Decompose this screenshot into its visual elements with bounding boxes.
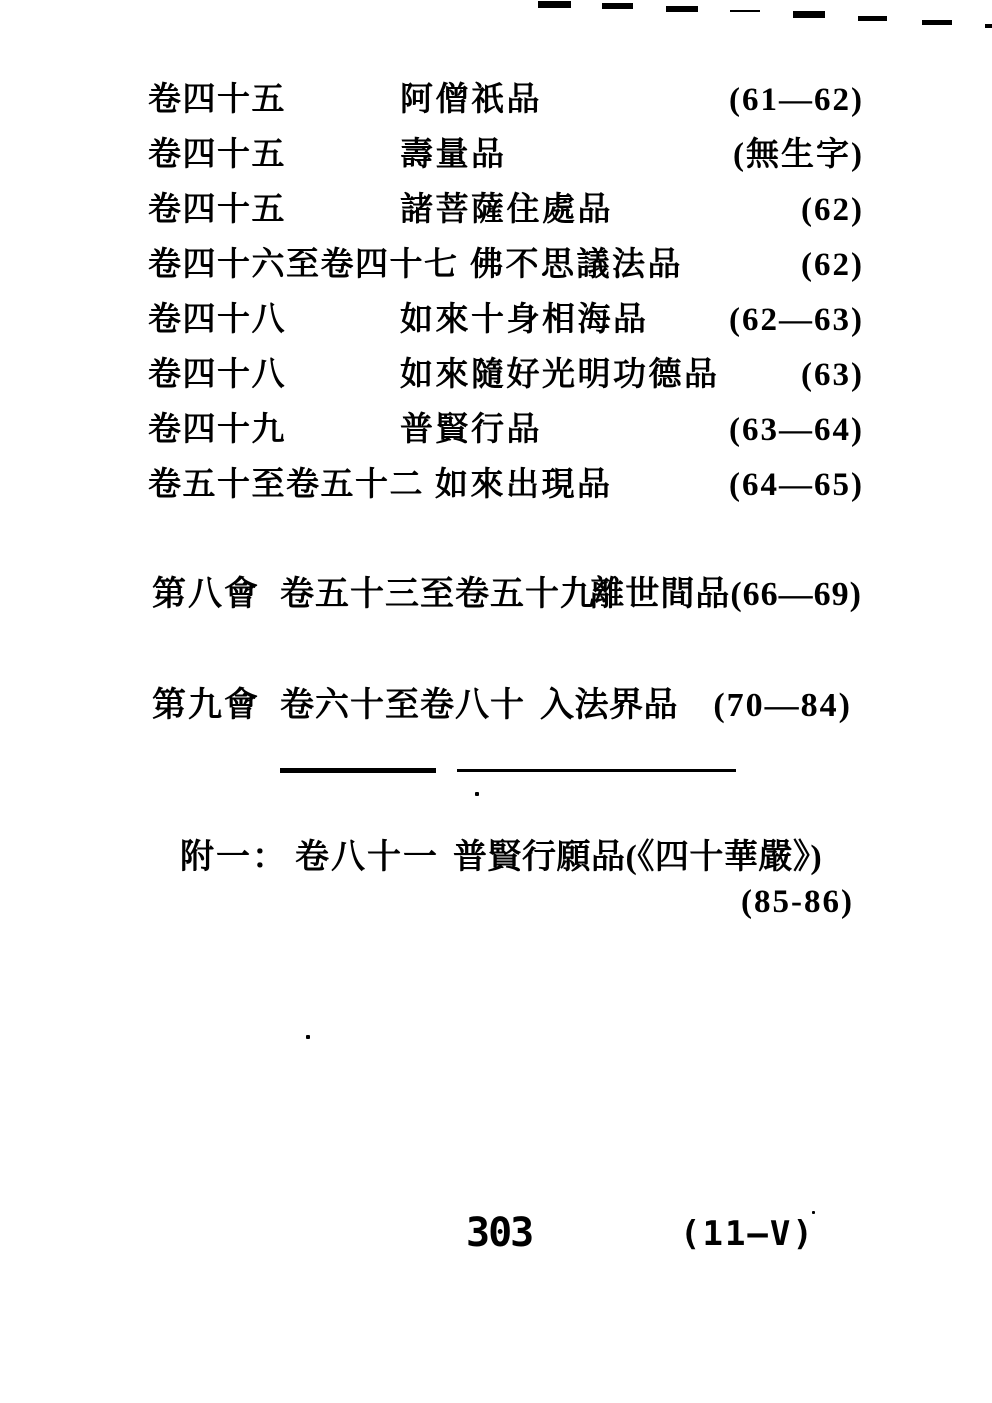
volume-range: 卷四十六至卷四十七 — [148, 246, 459, 284]
toc-row: 卷五十至卷五十二 如來出現品 (64—65) — [148, 466, 864, 508]
chapter-title: 普賢行品 — [400, 411, 542, 449]
divider-line — [280, 768, 436, 773]
volume-range: 卷四十五 — [148, 191, 286, 229]
assembly-row: 第九會 卷六十至卷八十 入法界品 (70—84) — [152, 686, 862, 730]
chapter-title: 普賢行願品(《四十華嚴》) — [453, 838, 822, 878]
volume-range: 卷四十五 — [148, 81, 286, 119]
page-range: (62) — [801, 246, 864, 284]
volume-range: 卷四十五 — [148, 136, 286, 174]
page-bleed-dash — [538, 1, 571, 8]
toc-row: 卷四十五 諸菩薩住處品 (62) — [148, 191, 864, 233]
ink-speck — [475, 792, 479, 796]
toc-row: 卷四十八 如來隨好光明功德品 (63) — [148, 356, 864, 398]
volume-range: 卷四十八 — [148, 356, 286, 394]
assembly-row: 第八會 卷五十三至卷五十九 離世間品(66—69) — [152, 575, 862, 619]
toc-row: 卷四十九 普賢行品 (63—64) — [148, 411, 864, 453]
page-range: (63) — [801, 356, 864, 394]
page-bleed-dash — [602, 3, 633, 9]
chapter-title: 壽量品 — [400, 136, 507, 174]
page-bleed-dash — [922, 20, 952, 25]
toc-row: 卷四十六至卷四十七 佛不思議法品 (62) — [148, 246, 864, 288]
assembly-label: 第九會 — [152, 686, 260, 726]
appendix-row: 附一： 卷八十一 普賢行願品(《四十華嚴》) — [180, 838, 864, 882]
chapter-title: 如來隨好光明功德品 — [400, 356, 720, 394]
chapter-title: 如來出現品 — [435, 466, 613, 504]
page-range: (61—62) — [729, 81, 864, 119]
volume-range: 卷四十九 — [148, 411, 286, 449]
volume-range: 卷四十八 — [148, 301, 286, 339]
page-bleed-dash — [793, 11, 825, 18]
chapter-title: 入法界品 — [540, 686, 678, 726]
page-range: (62—63) — [729, 301, 864, 339]
appendix-label: 附一： — [180, 838, 288, 878]
page-range: (64—65) — [729, 466, 864, 504]
toc-row: 卷四十五 阿僧祇品 (61—62) — [148, 81, 864, 123]
page-bleed-dash — [666, 6, 698, 12]
page-range: (62) — [801, 191, 864, 229]
chapter-title: 佛不思議法品 — [470, 246, 683, 284]
assembly-label: 第八會 — [152, 575, 260, 615]
page-number: 303 — [466, 1210, 532, 1256]
volume-range: 卷六十至卷八十 — [280, 686, 525, 726]
scanned-book-page: 卷四十五 阿僧祇品 (61—62) 卷四十五 壽量品 (無生字) 卷四十五 諸菩… — [0, 0, 992, 1403]
volume-range: 卷五十三至卷五十九 — [280, 575, 595, 615]
chapter-title: 諸菩薩住處品 — [400, 191, 613, 229]
volume-range: 卷五十至卷五十二 — [148, 466, 424, 504]
page-range: (85-86) — [148, 884, 854, 921]
page-bleed-dash — [858, 16, 887, 21]
chapter-title-page-range: 離世間品(66—69) — [590, 575, 862, 615]
chapter-title: 阿僧祇品 — [400, 81, 542, 119]
chapter-title: 如來十身相海品 — [400, 301, 649, 339]
ink-speck — [306, 1035, 310, 1039]
toc-row: 卷四十八 如來十身相海品 (62—63) — [148, 301, 864, 343]
page-range: (70—84) — [713, 686, 852, 726]
page-range: (63—64) — [729, 411, 864, 449]
toc-row: 卷四十五 壽量品 (無生字) — [148, 136, 864, 178]
page-range: (無生字) — [733, 136, 864, 174]
divider-line — [457, 769, 736, 772]
page-bleed-dash — [985, 24, 992, 28]
signature-mark: (11—V) — [680, 1214, 815, 1254]
page-bleed-dash — [730, 10, 760, 12]
volume-range: 卷八十一 — [295, 838, 439, 878]
